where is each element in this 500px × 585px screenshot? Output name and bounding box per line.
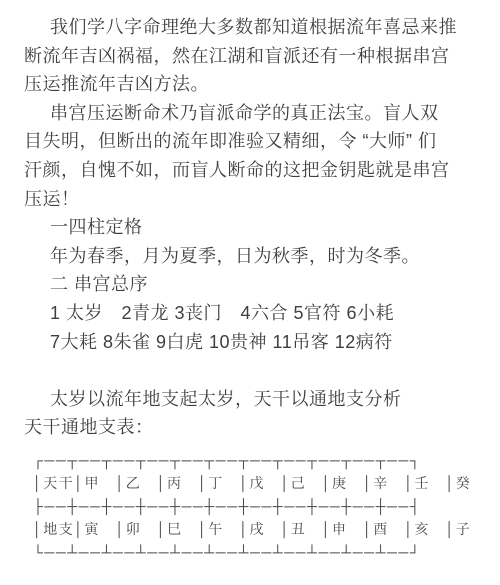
text-line: 断流年吉凶祸福，然在江湖和盲派还有一种根据串宫 (24, 42, 476, 71)
text-line: 压运！ (24, 185, 476, 214)
text-line: 串宫压运断命术乃盲派命学的真正法宝。盲人双 (24, 99, 476, 128)
text-line: 1 太岁 2青龙 3丧门 4六合 5官符 6小耗 (24, 299, 476, 328)
tiangan-dizhi-table: ┌──┬──┬──┬──┬──┬──┬──┬──┬──┬──┬──┐ │天干│甲… (33, 449, 476, 564)
text-line: 我们学八字命理绝大多数都知道根据流年喜忌来推 (24, 13, 476, 42)
blank-line (24, 356, 476, 385)
article: 我们学八字命理绝大多数都知道根据流年喜忌来推 断流年吉凶祸福，然在江湖和盲派还有… (0, 0, 500, 564)
heading-sizhu-dingge: 一四柱定格 (24, 213, 476, 242)
table-border-bottom: └──┴──┴──┴──┴──┴──┴──┴──┴──┴──┴──┘ (33, 541, 476, 564)
text-line: 汗颜，自愧不如，而盲人断命的这把金钥匙就是串宫 (24, 156, 476, 185)
text-line: 太岁以流年地支起太岁，天干以通地支分析 (24, 385, 476, 414)
table-border-middle: ├──┼──┼──┼──┼──┼──┼──┼──┼──┼──┼──┤ (33, 495, 476, 518)
table-row-tiangan: │天干│甲 │乙 │丙 │丁 │戊 │己 │庚 │辛 │壬 │癸 │ (33, 472, 476, 495)
table-row-dizhi: │地支│寅 │卯 │巳 │午 │戌 │丑 │申 │酉 │亥 │子 │ (33, 518, 476, 541)
text-line: 目失明，但断出的流年即准验又精细，令 “大师” 们 (24, 127, 476, 156)
text-line: 7大耗 8朱雀 9白虎 10贵神 11吊客 12病符 (24, 328, 476, 357)
text-line: 年为春季，月为夏季，日为秋季，时为冬季。 (24, 242, 476, 271)
heading-chuangong-zongxu: 二 串宫总序 (24, 270, 476, 299)
table-border-top: ┌──┬──┬──┬──┬──┬──┬──┬──┬──┬──┬──┐ (33, 449, 476, 472)
table-caption: 天干通地支表： (24, 413, 476, 442)
text-line: 压运推流年吉凶方法。 (24, 70, 476, 99)
